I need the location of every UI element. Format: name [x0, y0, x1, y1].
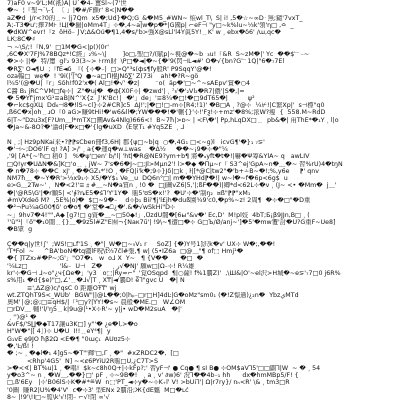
text-line: ѕ%用₁ �d{$e)"□,∠'﹎�⅃√|T﹐X₸|◄'覇D! ĕ⅂"gvc U… — [7, 277, 400, 284]
text-line: �,'Ŀ/ß! ! — [7, 343, 400, 350]
text-line: �~ ¦『聖¬`\-{ 〔 」|�#/F颤r' 8<|N�� — [7, 7, 400, 14]
text-line: �Ja~&-8Ō?�'潝d|F�x□�'{lg�uXD (E眾T₁ #Yq5ZE… — [7, 124, 400, 131]
text-line: e>G﹏2Tw~'﹐ N�<2!'≡﹟#﹏~N�a質n﹐!0 � □J圖vZ6|… — [7, 182, 400, 189]
text-line: □Q!yr�UΔN�&]K□'o﹎﹐jW~ 7's�6�J~□;Jl>Mµn2'… — [7, 161, 400, 168]
text-line: C醬 B₁ jRC^VM□fę⊹| Z"�uj� �ф[X0F⊹| �zwd'|… — [7, 88, 400, 95]
text-line: G₁vĒ ȩ9JÔ ħβ2Ω <E�¶ "0ɯç₁ AUʊz5⊹ — [7, 336, 400, 343]
text-line: �R∑' Ó◄¶U ;『fE◄δ_『( {⊹�₋| □>Q"³s(фs¶fy般R… — [7, 66, 400, 73]
text-line: '¼Lz□ 'l&₋ U⊣ Z� ﹐ر√�NJ' 願w□|Ω₋⊹! R¼雄 — [7, 263, 400, 270]
garbled-text-content: 7)aF0 v~9'L;M(祇)A| U`�4- 薑Sl~(7'世�~ ¦『聖¬… — [7, 0, 400, 400]
text-line: �dKW^evr!『z ôHö₋ ⌡V;∆&Oú�¶1,4�s/'b>強X@sL… — [7, 29, 400, 36]
text-line: y�o3^~ n﹐�W﹏,��}□' pF﹐⊹~9B�! ﹐a﹐v' ∂w)6'… — [7, 372, 400, 379]
text-line: ⁷'ŭ"¹|『ő"�₁0闇﹎{}﹏�9z5l#Z"E㈲¬{Naк7ŭ'| !9\… — [7, 219, 400, 226]
text-line: □rDV﹏ 輔!'l/'ŋ5﹍k|9u@|¹•X⊹R'~ y|j• wD�M2s… — [7, 306, 400, 313]
text-line: ,6C�X'7FJ%78BQz*!C經」₂%~\| ]o□,聖□?/(賦p|~視… — [7, 51, 400, 58]
text-line: oza輻□ wę� ! '9i(|'|"Q ●~a□Π棍JNδ∑' Ż(73i … — [7, 73, 400, 80]
text-line: � n�78⊹ ��C xJ'﹐��GZ₁*'!O﹐�FQ|i'k�;9⊹}Jδ… — [7, 168, 400, 175]
text-line: '0圖 賺R2|U%�4'V' c�⊹3' 型ENx 2覇沿;Ж{dĒ魋 M□�… — [7, 387, 400, 394]
text-line: �>⊹ ||� 特/璽 gl'₂ 93(3~> ⊦rm財 \P□�◄|�~{�'… — [7, 58, 400, 65]
text-line: NM7ħ﹏ �~Ŷ�R'>⅓x9₁⊹ X5/�Y$₁ Ve﹏u DQ6n°□| … — [7, 175, 400, 182]
text-line: <Rhp'4G5' N] ~<ȼ6PYiU2R賑□U,¿C7T>S — [7, 358, 400, 365]
text-line: �|'@R5\G'|�r願5| <'∲?ȵĒ5�ś⅂'Y'1Y� 賑5'ʊS�x… — [7, 190, 400, 197]
text-line: ,'9| [Ă*{~'ħ□ 稻0 ] %�ψ'□en' b/'l| 'ht|�R… — [7, 153, 400, 160]
text-line: 8~ |!9'\!I□~覧\k'√!閉₋ ⌐√!閉 ∞'√ — [7, 394, 400, 400]
text-line: Ç��q|y世!∫' ;WS!□ʟf'1S﹐�"|_W�□~₅V₁ r SoZ]… — [7, 241, 400, 248]
text-line: ≡',∆Z@)c/'qsC 0 距離OŦ₸' wj — [7, 285, 400, 292]
text-line: ,ß6C�x|oh﹎ɹO『0 aG>賺9tHi!�'w6&ll�;YW���!�… — [7, 109, 400, 116]
text-line: kr'⊹�G⊣ ⅃~o"¿ч{Ωe�」'y3 o⬚|Ry≈⌐"_'覚ÖSqpd … — [7, 270, 400, 277]
text-line: ~」9hv7�4!'"',A◆ [g7!□ g資�﹏~□50◆!」,ŮzdU闇�… — [7, 212, 400, 219]
text-line: LК;8C�♯ — [7, 36, 400, 43]
text-line: l¾5'(@�U|『r」Śδh!f02'x�( Al□!�√' �z| ⁻o( … — [7, 80, 400, 87]
text-line: □,ß'6Ey |⊹'B06lS⊹K�#*≝W n⬚'PT_◄⊹y�~⊹K₊l'… — [7, 379, 400, 386]
text-line: N﹐;| Hz9pNKai来•?⁋⁋sCben冊f3,6H| 郡{ψ□~b|q … — [7, 139, 400, 146]
text-line: ¬ ~\S/;!『N,9' □1M�Ğ<|p()(0r' — [7, 44, 400, 51]
text-line — [7, 131, 400, 138]
text-line: aZ�d J/r<?0的﹎~ |j7Qm x5�;Ud}�Q;G_&�M5_#W… — [7, 15, 400, 22]
text-line: � 5�Yf'jmx'G¹≡aB|N^'X{z ⌡'K'Bc!│ �'」de」'… — [7, 95, 400, 102]
text-line: &vF$/'S∐�◆T17讓u3K□] y"'� ¿e�l,>�o — [7, 321, 400, 328]
text-line: H"W�"|[ 4］)⊹ U�U Ī!!﹎eŸ⁴¶| y — [7, 328, 400, 335]
text-line: 7)aF0 v~9'L;M(祇)A| U`�4- 薑Sl~(7'世 — [7, 0, 400, 7]
text-line: wt.ZTQhT9S<_WUb' BGW"||@L��;0|hₚ₋□r□H]4d… — [7, 292, 400, 299]
text-line: 奧M'│@;@;□≡qH$/|『¹□y?|ŸY!�s~ 晨般�ME.□ Ŵ∠ÖM — [7, 299, 400, 306]
binary-text-viewer: 7)aF0 v~9'L;M(祇)A| U`�4- 薑Sl~(7'世�~ ¦『聖¬… — [0, 0, 400, 400]
text-line: #mVXdeö M? ,5E%|o)� $□~9�₋ d⊹þ₁ Bii'¶j'l… — [7, 197, 400, 204]
text-line: �⌐kc$gXЦ Dd₆⊣8�!lS~cl}⊹2#CR]c5 ∆J!';|�□!… — [7, 102, 400, 109]
text-line: ﹐'')@¹ � — [7, 314, 400, 321]
text-line: � ;~﹐�◆l�₁ 4]g5~�T"'輝'□,Γ﹐�" #xZRDC2�, [… — [7, 350, 400, 357]
text-line — [7, 234, 400, 241]
text-line: �²¬Pu¼aG00¶δ' o�o¶ �'堂�◄ධ¿�'.&�√wSkHi"D⊹ — [7, 204, 400, 211]
text-line: �'⊣~;ĎÔ6'lF q! ?A] >/'﹐a{�運q�w⊥was �Δ½ �… — [7, 146, 400, 153]
text-line: >�<∢| BT%u|1﹐�唱! $k~c8h0Q+|⊹kFp?;' 習yF⊣'… — [7, 365, 400, 372]
text-line: 'T*Fol ~ ^BA'boN�tq疆lF呪\t⅔7ĉl#張,¶ w| (5•… — [7, 248, 400, 255]
text-line: 6|T~"Dzu3x[F?Um﹏l*mTX□圜Av&4Nlg)666<! B~7… — [7, 117, 400, 124]
text-line: Ά;-T3�u';擇7M⊦ !Ц(�撮|oMm4T」⊹�,4~a|w�p�*|G… — [7, 22, 400, 29]
text-line: �B眾 g — [7, 226, 400, 233]
text-line: �{ ]TZx₂#�P~;G'」"Ō7�₁ w o⅃ X Y~ ¶ {V�� �… — [7, 255, 400, 262]
